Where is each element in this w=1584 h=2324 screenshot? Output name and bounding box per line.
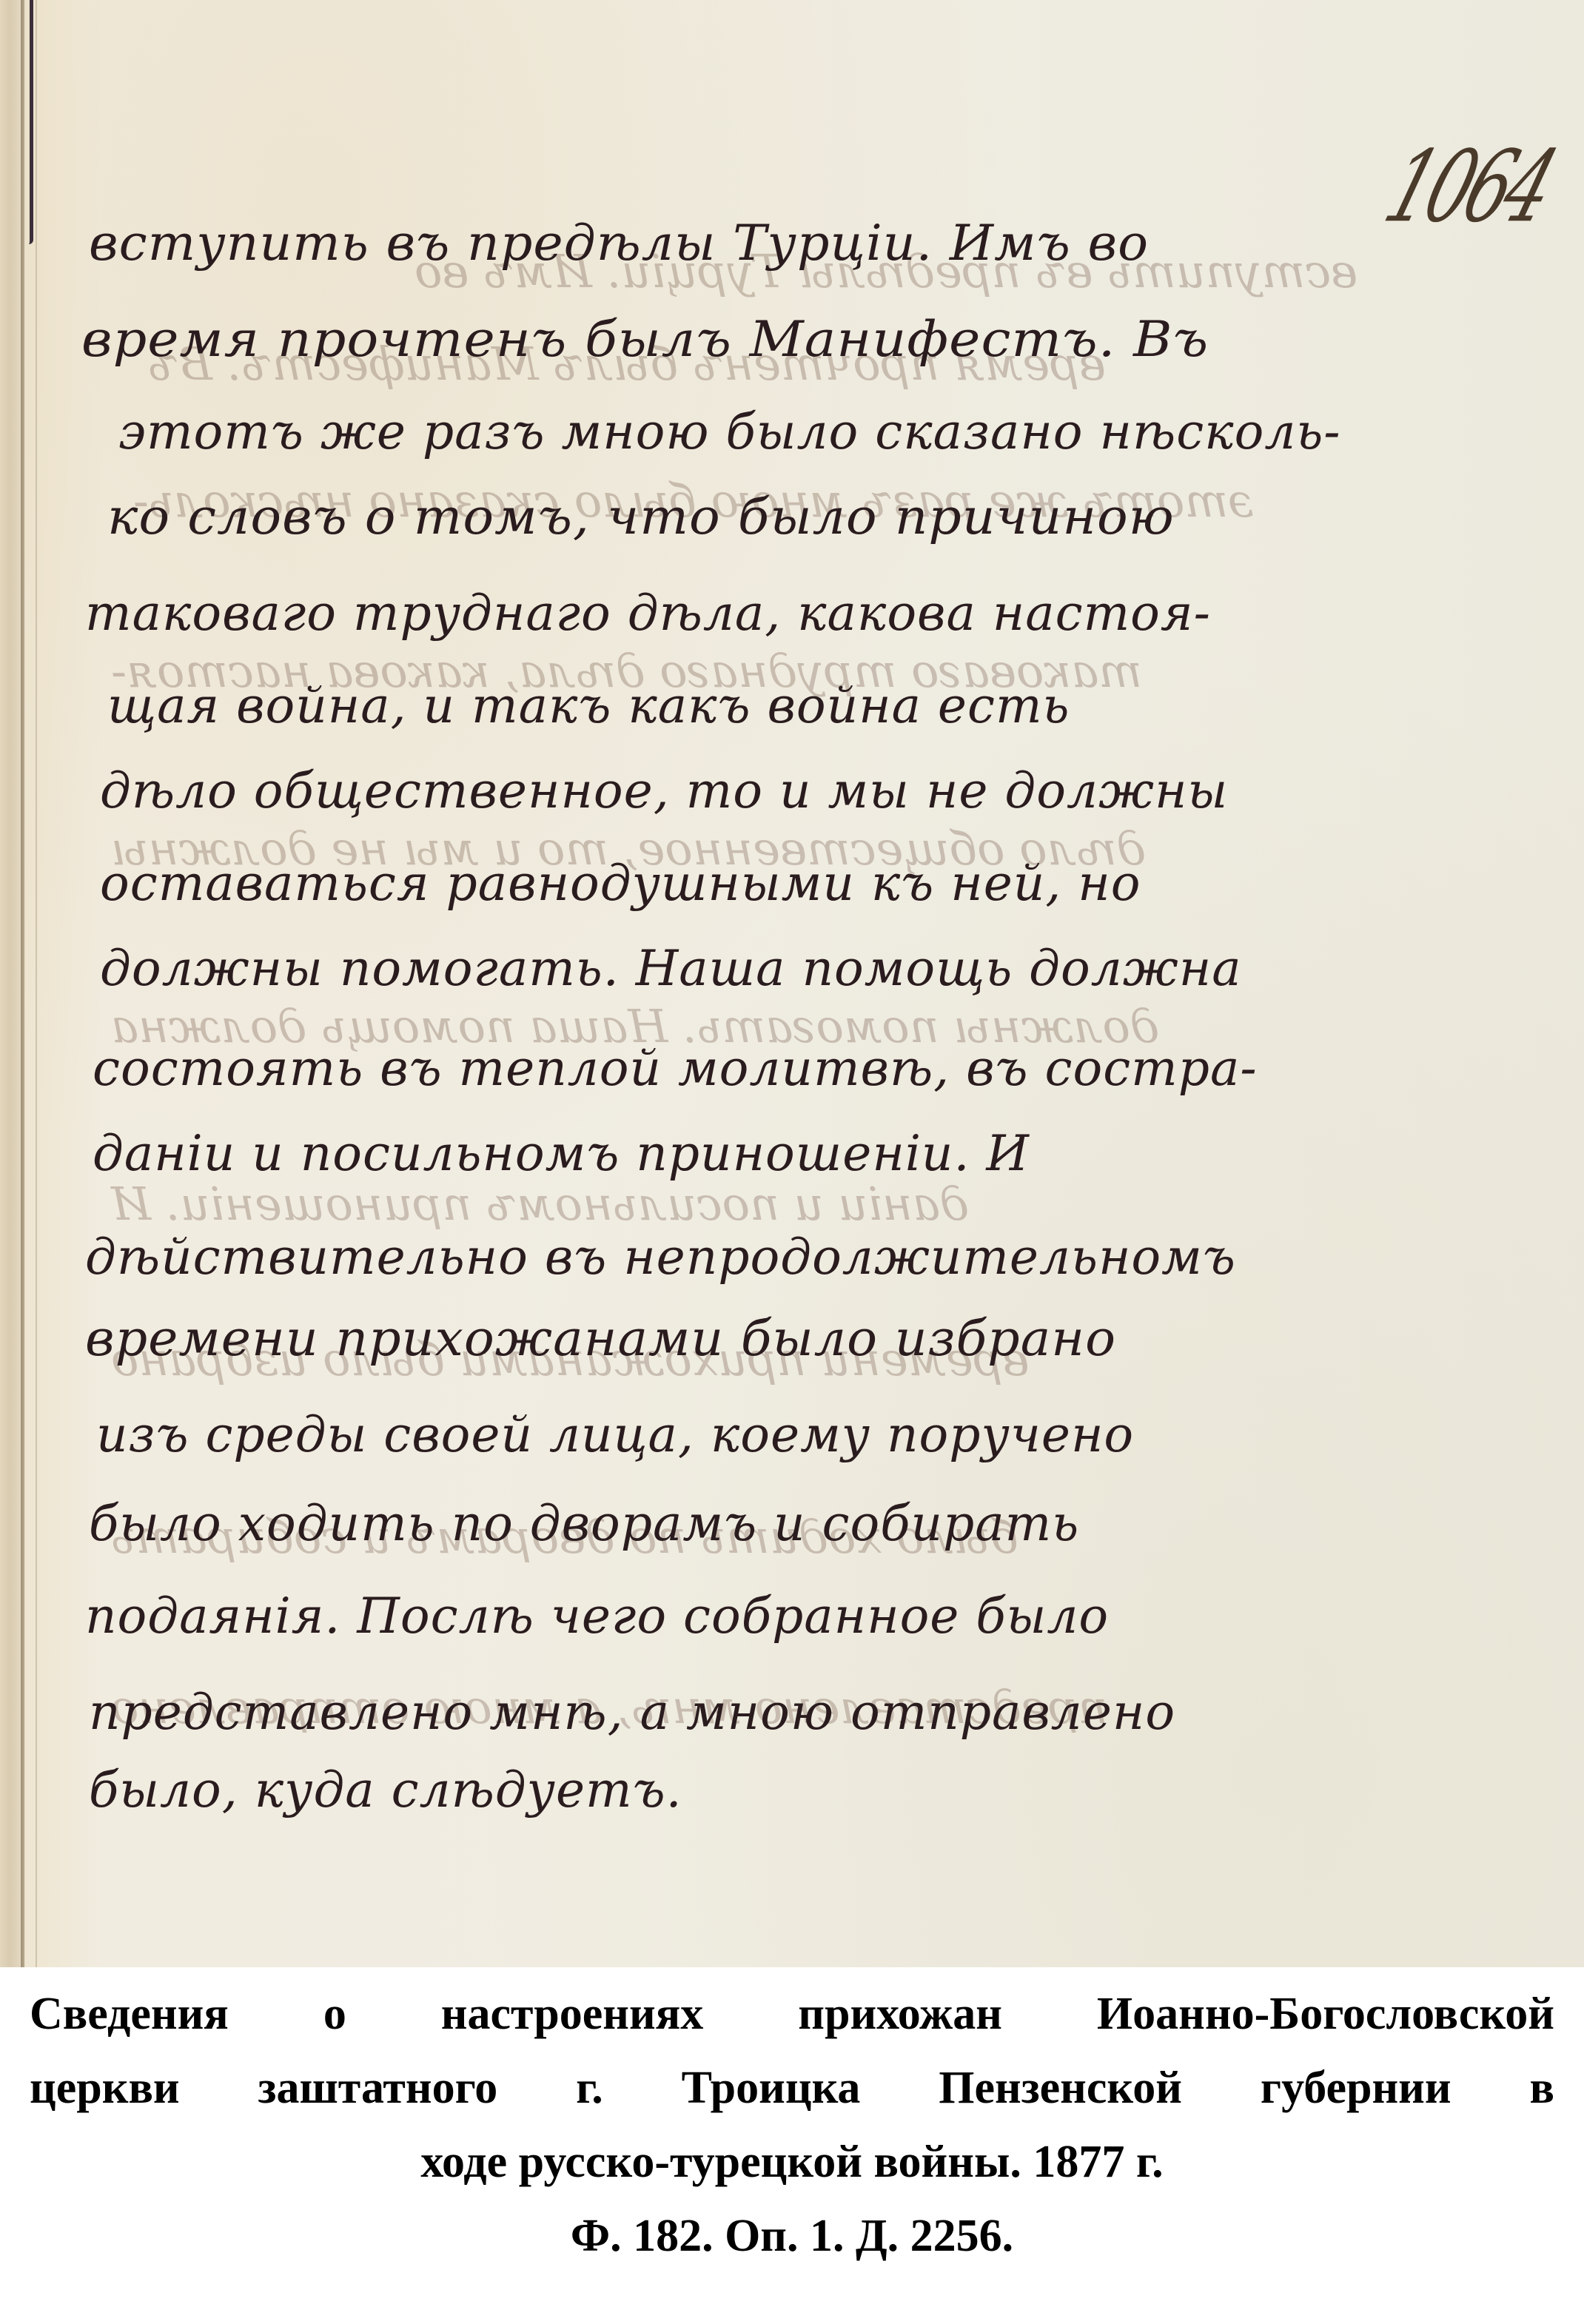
manuscript-line: состоять въ теплой молитвѣ, въ сострa- xyxy=(93,1040,1258,1097)
manuscript-line: вступить въ предѣлы Турціи. Имъ во xyxy=(89,215,1149,272)
manuscript-line: подаянія. Послѣ чего собранное было xyxy=(85,1588,1109,1645)
manuscript-line: было, куда слѣдуетъ. xyxy=(89,1762,682,1818)
manuscript-line: ко словъ о томъ, что было причиною xyxy=(107,488,1175,545)
manuscript-line: даніи и посильномъ приношеніи. И xyxy=(93,1125,1030,1182)
manuscript-line: этотъ же разъ мною было сказано нѣсколь- xyxy=(118,403,1341,460)
caption-title-line-1: Сведения о настроениях прихожан Иоанно-Б… xyxy=(30,1988,1554,2040)
archive-reference: Ф. 182. Оп. 1. Д. 2256. xyxy=(30,2210,1554,2262)
manuscript-line: должны помогать. Наша помощь должна xyxy=(100,940,1242,997)
manuscript-line: изъ среды своей лица, коему поручено xyxy=(96,1406,1134,1463)
manuscript-line: дѣйствительно въ непродолжительномъ xyxy=(85,1229,1236,1286)
manuscript-line: время прочтенъ былъ Манифестъ. Въ xyxy=(81,311,1209,368)
caption-title-line-3: ходе русско-турецкой войны. 1877 г. xyxy=(30,2136,1554,2188)
manuscript-line: было ходить по дворамъ и собирать xyxy=(89,1495,1079,1552)
manuscript-scan: вступить въ предѣлы Турціи. Имъ во время… xyxy=(0,0,1584,1967)
manuscript-line: представлено мнѣ, а мною отправлено xyxy=(89,1684,1175,1741)
document-caption: Сведения о настроениях прихожан Иоанно-Б… xyxy=(0,1967,1584,2324)
manuscript-line: дѣло общественное, то и мы не должны xyxy=(100,762,1228,819)
caption-title-line-2: церкви заштатного г. Троицка Пензенской … xyxy=(30,2062,1554,2114)
manuscript-line: времени прихожанами было избрано xyxy=(85,1310,1116,1367)
manuscript-line: щая война, и такъ какъ война есть xyxy=(107,677,1070,734)
manuscript-text: вступить въ предѣлы Турціи. Имъ во время… xyxy=(0,0,1584,1967)
manuscript-line: оставаться равнодушными къ ней, но xyxy=(100,855,1141,912)
manuscript-line: таковаго труднаго дѣла, какова настоя- xyxy=(85,585,1211,642)
